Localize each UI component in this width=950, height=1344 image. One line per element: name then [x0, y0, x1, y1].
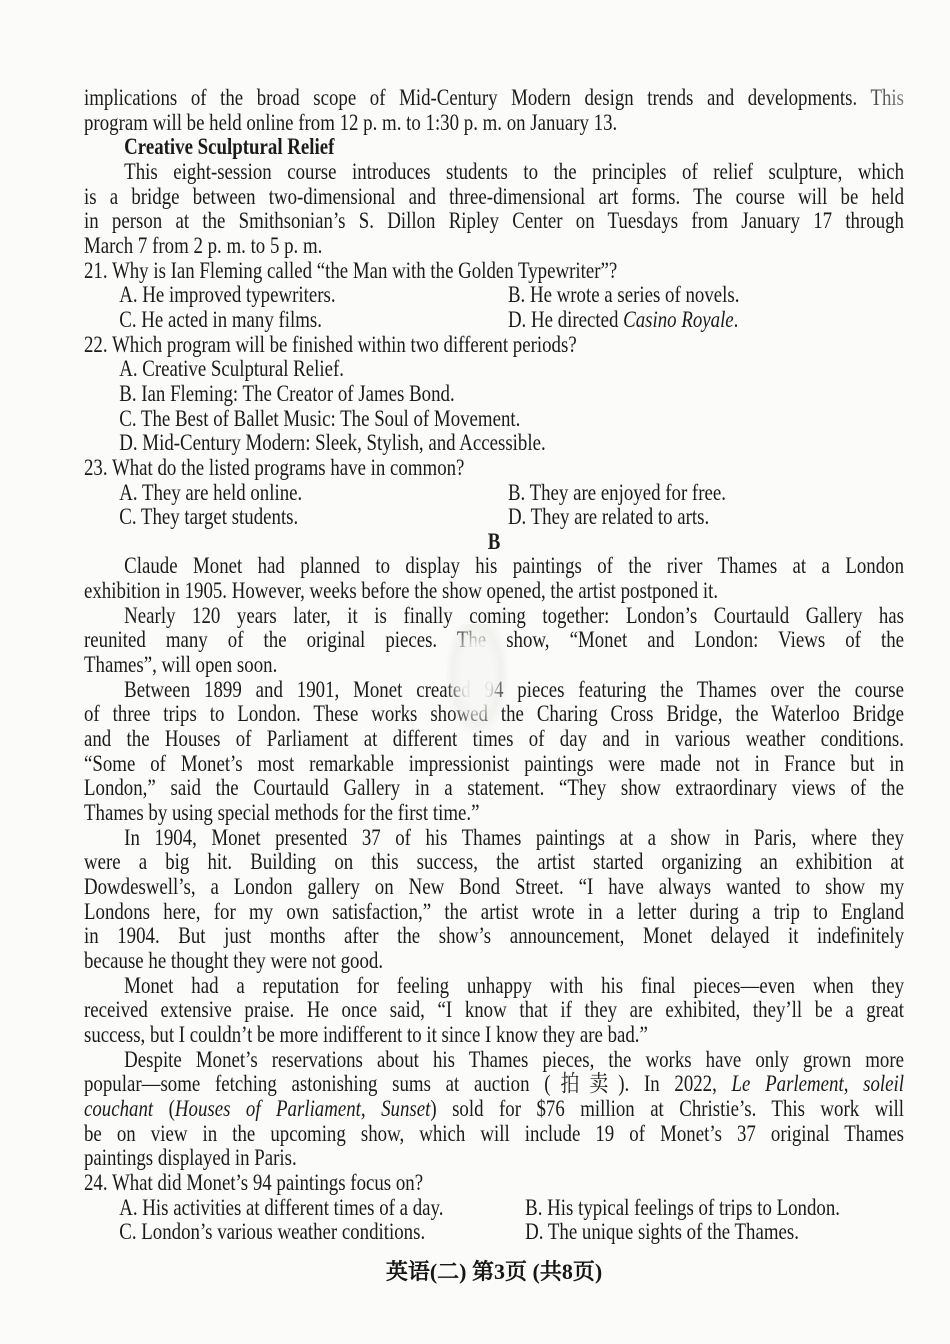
- exam-scan-page: implications of the broad scope of Mid-C…: [0, 0, 950, 1344]
- section-b-label: B: [84, 530, 904, 555]
- option-21-d-italic-title: Casino Royale: [623, 307, 734, 332]
- passage-b-line: exhibition in 1905. However, weeks befor…: [84, 579, 904, 604]
- relief-paragraph-line: in person at the Smithsonian’s S. Dillon…: [84, 209, 904, 234]
- passage-b-line: received extensive praise. He once said,…: [84, 998, 904, 1023]
- page-body-text: implications of the broad scope of Mid-C…: [84, 86, 904, 1245]
- option-23-c: C. They target students.: [119, 505, 508, 530]
- passage-b-segment: ) sold for $76 million at Christie’s. Th…: [430, 1096, 904, 1121]
- passage-b-line: paintings displayed in Paris.: [84, 1146, 904, 1171]
- passage-b-line: of three trips to London. These works sh…: [84, 702, 904, 727]
- option-23-a: A. They are held online.: [119, 481, 508, 506]
- question-22-stem: 22. Which program will be finished withi…: [84, 333, 904, 358]
- option-23-d: D. They are related to arts.: [508, 505, 904, 530]
- passage-b-line: and the Houses of Parliament at differen…: [84, 727, 904, 752]
- question-24-options-row-2: C. London’s various weather conditions. …: [84, 1220, 904, 1245]
- passage-b-line: success, but I couldn’t be more indiffer…: [84, 1023, 904, 1048]
- passage-b-line: Londons here, for my own satisfaction,” …: [84, 900, 904, 925]
- option-24-a: A. His activities at different times of …: [119, 1196, 525, 1221]
- question-24-stem: 24. What did Monet’s 94 paintings focus …: [84, 1171, 904, 1196]
- passage-b-line: In 1904, Monet presented 37 of his Thame…: [84, 826, 904, 851]
- passage-b-line: Between 1899 and 1901, Monet created 94 …: [84, 678, 904, 703]
- passage-b-line-with-italics: couchant (Houses of Parliament, Sunset) …: [84, 1097, 904, 1122]
- passage-b-line: Nearly 120 years later, it is finally co…: [84, 604, 904, 629]
- option-22-b: B. Ian Fleming: The Creator of James Bon…: [84, 382, 904, 407]
- option-22-d: D. Mid-Century Modern: Sleek, Stylish, a…: [84, 431, 904, 456]
- question-24-options-row-1: A. His activities at different times of …: [84, 1196, 904, 1221]
- passage-b-line-with-italics: popular—some fetching astonishing sums a…: [84, 1072, 904, 1097]
- question-21-stem: 21. Why is Ian Fleming called “the Man w…: [84, 259, 904, 284]
- italic-title-le-parlement: Le Parlement: [732, 1071, 844, 1096]
- relief-paragraph-line: March 7 from 2 p. m. to 5 p. m.: [84, 234, 904, 259]
- passage-b-line: be on view in the upcoming show, which w…: [84, 1122, 904, 1147]
- question-21-options-row-1: A. He improved typewriters. B. He wrote …: [84, 283, 904, 308]
- intro-continuation-line: program will be held online from 12 p. m…: [84, 111, 904, 136]
- option-24-b: B. His typical feelings of trips to Lond…: [525, 1196, 904, 1221]
- intro-continuation-line: implications of the broad scope of Mid-C…: [84, 86, 904, 111]
- passage-b-line: because he thought they were not good.: [84, 949, 904, 974]
- italic-title-soleil: soleil: [863, 1071, 904, 1096]
- option-21-b: B. He wrote a series of novels.: [508, 283, 904, 308]
- question-21-options-row-2: C. He acted in many films. D. He directe…: [84, 308, 904, 333]
- option-21-a: A. He improved typewriters.: [119, 283, 508, 308]
- passage-b-line: Thames by using special methods for the …: [84, 801, 904, 826]
- relief-paragraph-line: This eight-session course introduces stu…: [84, 160, 904, 185]
- passage-b-line: Claude Monet had planned to display his …: [84, 554, 904, 579]
- option-24-c: C. London’s various weather conditions.: [119, 1220, 525, 1245]
- option-24-d: D. The unique sights of the Thames.: [525, 1220, 904, 1245]
- passage-b-line: in 1904. But just months after the show’…: [84, 924, 904, 949]
- option-23-b: B. They are enjoyed for free.: [508, 481, 904, 506]
- passage-b-segment: (: [153, 1096, 175, 1121]
- passage-b-line: reunited many of the original pieces. Th…: [84, 628, 904, 653]
- italic-title-couchant: couchant: [84, 1096, 153, 1121]
- question-23-stem: 23. What do the listed programs have in …: [84, 456, 904, 481]
- passage-b-line: Dowdeswell’s, a London gallery on New Bo…: [84, 875, 904, 900]
- passage-b-segment: ,: [844, 1071, 863, 1096]
- question-23-options-row-1: A. They are held online. B. They are enj…: [84, 481, 904, 506]
- option-22-a: A. Creative Sculptural Relief.: [84, 357, 904, 382]
- passage-b-line: Thames”, will open soon.: [84, 653, 904, 678]
- relief-paragraph-line: is a bridge between two-dimensional and …: [84, 185, 904, 210]
- option-22-c: C. The Best of Ballet Music: The Soul of…: [84, 407, 904, 432]
- passage-b-segment: popular—some fetching astonishing sums a…: [84, 1071, 732, 1096]
- question-23-options-row-2: C. They target students. D. They are rel…: [84, 505, 904, 530]
- heading-creative-sculptural-relief: Creative Sculptural Relief: [84, 135, 904, 160]
- passage-b-line: London,” said the Courtauld Gallery in a…: [84, 776, 904, 801]
- passage-b-line: Despite Monet’s reservations about his T…: [84, 1048, 904, 1073]
- passage-b-line: “Some of Monet’s most remarkable impress…: [84, 752, 904, 777]
- option-21-d-text: D. He directed: [508, 307, 623, 332]
- passage-b-line: were a big hit. Building on this success…: [84, 850, 904, 875]
- page-footer: 英语(二) 第3页 (共8页): [84, 1255, 904, 1286]
- option-21-d: D. He directed Casino Royale.: [508, 308, 904, 333]
- italic-title-houses-of-parliament: Houses of Parliament, Sunset: [175, 1096, 430, 1121]
- passage-b-line: Monet had a reputation for feeling unhap…: [84, 974, 904, 999]
- option-21-d-period: .: [734, 307, 739, 332]
- option-21-c: C. He acted in many films.: [119, 308, 508, 333]
